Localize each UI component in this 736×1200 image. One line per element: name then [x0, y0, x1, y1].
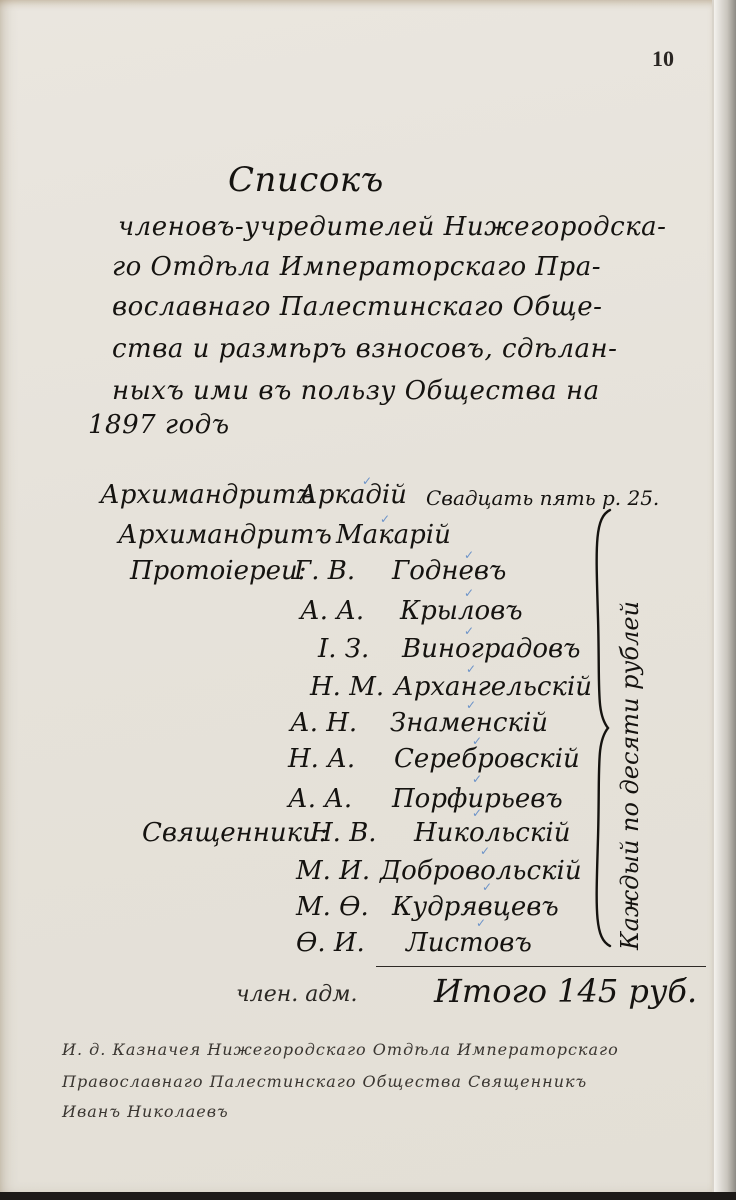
member-name: Архангельскій: [394, 672, 592, 702]
member-initials: Н. В.: [310, 818, 377, 848]
check-mark-icon: ✓: [472, 772, 482, 786]
member-contribution-note: Свадцать пять р. 25.: [426, 486, 659, 510]
check-mark-icon: ✓: [464, 586, 474, 600]
page-number: 10: [652, 46, 674, 72]
member-name: Добровольскій: [380, 856, 582, 886]
brace-note: Каждый по десяти рублей: [616, 601, 644, 950]
heading-line-3: вославнаго Палестинскаго Обще-: [112, 292, 602, 322]
member-rank: Протоіереи:: [130, 556, 307, 586]
book-bottom-edge: [0, 1192, 736, 1200]
member-name: Листовъ: [406, 928, 532, 958]
member-initials: А. А.: [288, 784, 352, 814]
member-name: Знаменскій: [390, 708, 548, 738]
check-mark-icon: ✓: [472, 806, 482, 820]
document-title: Списокъ: [228, 160, 384, 200]
check-mark-icon: ✓: [476, 916, 486, 930]
member-initials: А. Н.: [290, 708, 357, 738]
member-rank: Архимандритъ: [100, 480, 314, 510]
member-rank: Священники:: [142, 818, 328, 848]
member-initials: Н. М.: [310, 672, 384, 702]
check-mark-icon: ✓: [466, 698, 476, 712]
check-mark-icon: ✓: [380, 512, 390, 526]
total-annotation: член. адм.: [236, 982, 357, 1007]
signature-line-2: Православнаго Палестинскаго Общества Свя…: [62, 1072, 587, 1091]
heading-line-5: ныхъ ими въ пользу Общества на: [112, 376, 600, 406]
member-initials: Г. В.: [294, 556, 355, 586]
heading-line-6: 1897 годъ: [88, 410, 230, 440]
total-rule: [376, 966, 706, 967]
document-page: 10 Списокъ членовъ-учредителей Нижегород…: [0, 0, 714, 1192]
member-initials: М. И.: [296, 856, 370, 886]
total-amount: Итого 145 руб.: [434, 972, 697, 1010]
heading-line-2: го Отдѣла Императорскаго Пра-: [112, 252, 601, 282]
member-initials: Н. А.: [288, 744, 355, 774]
signature-line-3: Иванъ Николаевъ: [62, 1102, 229, 1121]
check-mark-icon: ✓: [480, 844, 490, 858]
member-name: Виноградовъ: [402, 634, 581, 664]
member-name: Годневъ: [392, 556, 506, 586]
member-initials: Ѳ. И.: [296, 928, 365, 958]
check-mark-icon: ✓: [472, 734, 482, 748]
member-rank: Архимандритъ: [118, 520, 332, 550]
check-mark-icon: ✓: [466, 662, 476, 676]
member-name: Крыловъ: [400, 596, 523, 626]
member-name: Серебровскій: [394, 744, 580, 774]
check-mark-icon: ✓: [482, 880, 492, 894]
check-mark-icon: ✓: [464, 624, 474, 638]
member-initials: І. З.: [318, 634, 369, 664]
signature-line-1: И. д. Казначея Нижегородскаго Отдѣла Имп…: [62, 1040, 619, 1059]
member-initials: А. А.: [300, 596, 364, 626]
check-mark-icon: ✓: [464, 548, 474, 562]
check-mark-icon: ✓: [362, 474, 372, 488]
heading-line-4: ства и размѣръ взносовъ, сдѣлан-: [112, 334, 617, 364]
member-name: Макарій: [336, 520, 451, 550]
member-initials: М. Ѳ.: [296, 892, 369, 922]
curly-brace-icon: [586, 508, 616, 948]
member-name: Никольскій: [414, 818, 570, 848]
heading-line-1: членовъ-учредителей Нижегородска-: [118, 212, 666, 242]
book-edge: [714, 0, 736, 1192]
member-name: Аркадій: [298, 480, 407, 510]
